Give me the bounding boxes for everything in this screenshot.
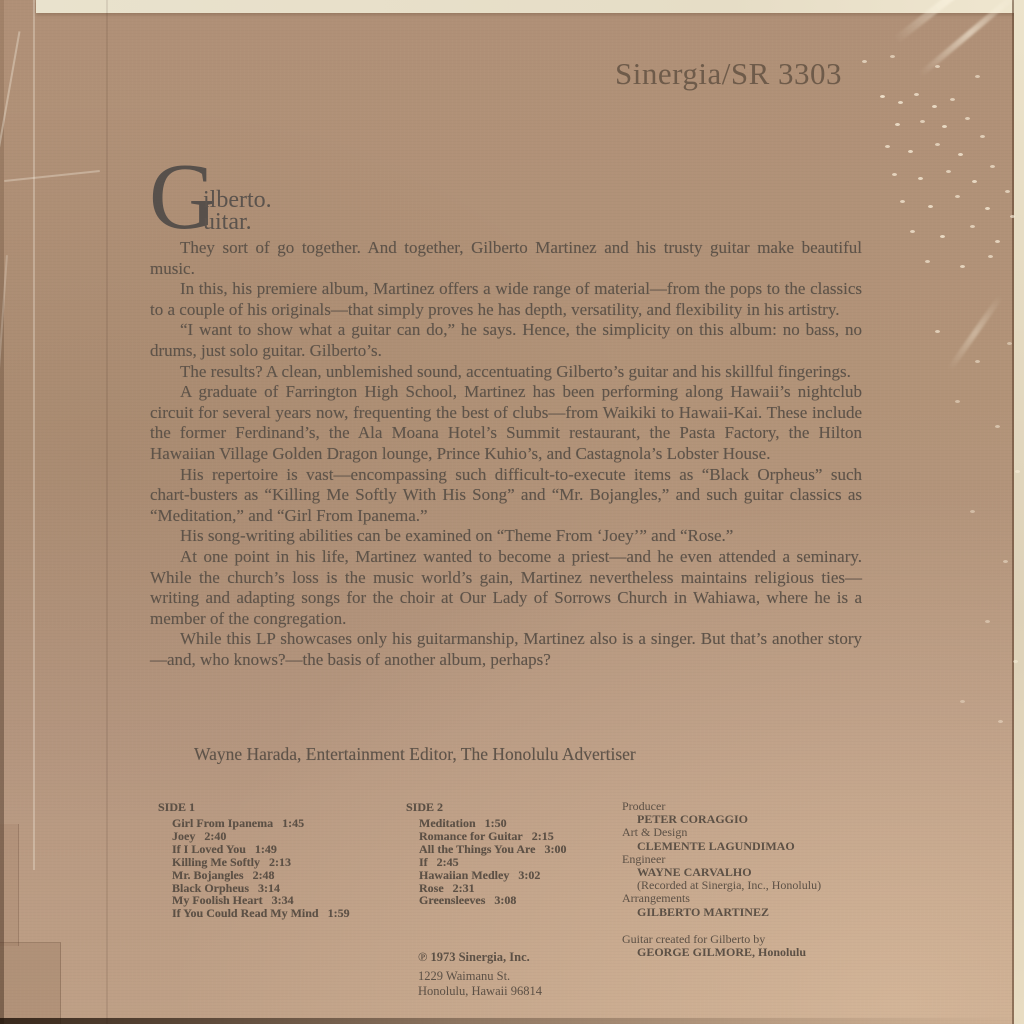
track-title: My Foolish Heart (172, 893, 263, 907)
credit-name: GEORGE GILMORE, Honolulu (622, 946, 821, 959)
liner-paragraph: His song-writing abilities can be examin… (150, 526, 862, 547)
worn-patch (0, 942, 61, 1024)
address-line: Honolulu, Hawaii 96814 (418, 984, 542, 999)
cover-right-shadow-line (1012, 0, 1014, 1024)
liner-notes: They sort of go together. And together, … (150, 238, 862, 670)
address-line: 1229 Waimanu St. (418, 969, 542, 984)
album-back-cover: Sinergia/SR 3303 G ilberto. uitar. They … (0, 0, 1024, 1024)
credit-name: GILBERTO MARTINEZ (622, 906, 821, 919)
publisher-block: ℗ 1973 Sinergia, Inc. 1229 Waimanu St. H… (418, 950, 542, 999)
cover-bottom-shadow (0, 1018, 1024, 1024)
byline: Wayne Harada, Entertainment Editor, The … (194, 744, 636, 765)
track-title: If I Loved You (172, 842, 246, 856)
shrinkwrap-glare-speckles (935, 330, 940, 333)
track-title: If You Could Read My Mind (172, 906, 319, 920)
track-title: Greensleeves (419, 893, 485, 907)
track-time: 2:15 (532, 829, 554, 843)
copyright-line: ℗ 1973 Sinergia, Inc. (418, 950, 542, 965)
track-title: Hawaiian Medley (419, 868, 509, 882)
liner-paragraph: They sort of go together. And together, … (150, 238, 862, 279)
track-title: Meditation (419, 816, 476, 830)
track-time: 3:08 (494, 893, 516, 907)
track-time: 1:59 (328, 906, 350, 920)
track-title: Girl From Ipanema (172, 816, 273, 830)
dropcap-word-gilberto: ilberto. (203, 189, 272, 211)
track-time: 2:48 (253, 868, 275, 882)
track-title: If (419, 855, 428, 869)
track-time: 1:50 (485, 816, 507, 830)
track-time: 3:00 (544, 842, 566, 856)
track-title: Black Orpheus (172, 881, 249, 895)
liner-paragraph: While this LP showcases only his guitarm… (150, 629, 862, 670)
track-time: 3:14 (258, 881, 280, 895)
liner-paragraph: His repertoire is vast—encompassing such… (150, 465, 862, 527)
track-title: Killing Me Softly (172, 855, 260, 869)
shrinkwrap-right-edge (1014, 0, 1024, 1024)
credits-block: Producer PETER CORAGGIO Art & Design CLE… (622, 800, 821, 959)
liner-paragraph: A graduate of Farrington High School, Ma… (150, 382, 862, 464)
liner-paragraph: In this, his premiere album, Martinez of… (150, 279, 862, 320)
track-title: Romance for Guitar (419, 829, 523, 843)
side2-track-list: Meditation1:50 Romance for Guitar2:15 Al… (419, 817, 566, 907)
shrinkwrap-wrinkle (4, 170, 100, 182)
track-time: 2:31 (453, 881, 475, 895)
shrinkwrap-glare-speckles (880, 95, 885, 98)
track-title: Mr. Bojangles (172, 868, 244, 882)
track-time: 1:45 (282, 816, 304, 830)
track-title: Rose (419, 881, 444, 895)
spacer (622, 919, 821, 933)
liner-paragraph: At one point in his life, Martinez wante… (150, 547, 862, 629)
track-time: 3:34 (272, 893, 294, 907)
track-time: 3:02 (518, 868, 540, 882)
side1-track-list: Girl From Ipanema1:45 Joey2:40 If I Love… (172, 817, 350, 920)
side1-header: SIDE 1 (158, 800, 195, 815)
credit-role: Art & Design (622, 826, 821, 839)
fold-line-left (33, 0, 35, 870)
track-time: 2:40 (204, 829, 226, 843)
track-item: Greensleeves3:08 (419, 894, 566, 907)
credit-role: Arrangements (622, 892, 821, 905)
catalog-number: Sinergia/SR 3303 (615, 56, 842, 92)
worn-patch (0, 824, 19, 946)
track-item: All the Things You Are3:00 (419, 843, 566, 856)
dropcap-word-guitar: uitar. (203, 211, 252, 233)
glare-streak (947, 294, 1004, 371)
track-item: If You Could Read My Mind1:59 (172, 907, 350, 920)
track-time: 2:45 (437, 855, 459, 869)
track-title: All the Things You Are (419, 842, 535, 856)
track-title: Joey (172, 829, 195, 843)
shrinkwrap-top-edge (36, 0, 1024, 13)
track-time: 1:49 (255, 842, 277, 856)
track-item: Girl From Ipanema1:45 (172, 817, 350, 830)
liner-paragraph: “I want to show what a guitar can do,” h… (150, 320, 862, 361)
credit-name: CLEMENTE LAGUNDIMAO (622, 840, 821, 853)
track-time: 2:13 (269, 855, 291, 869)
side2-header: SIDE 2 (406, 800, 443, 815)
crease-line (106, 0, 108, 1024)
liner-paragraph: The results? A clean, unblemished sound,… (150, 362, 862, 383)
